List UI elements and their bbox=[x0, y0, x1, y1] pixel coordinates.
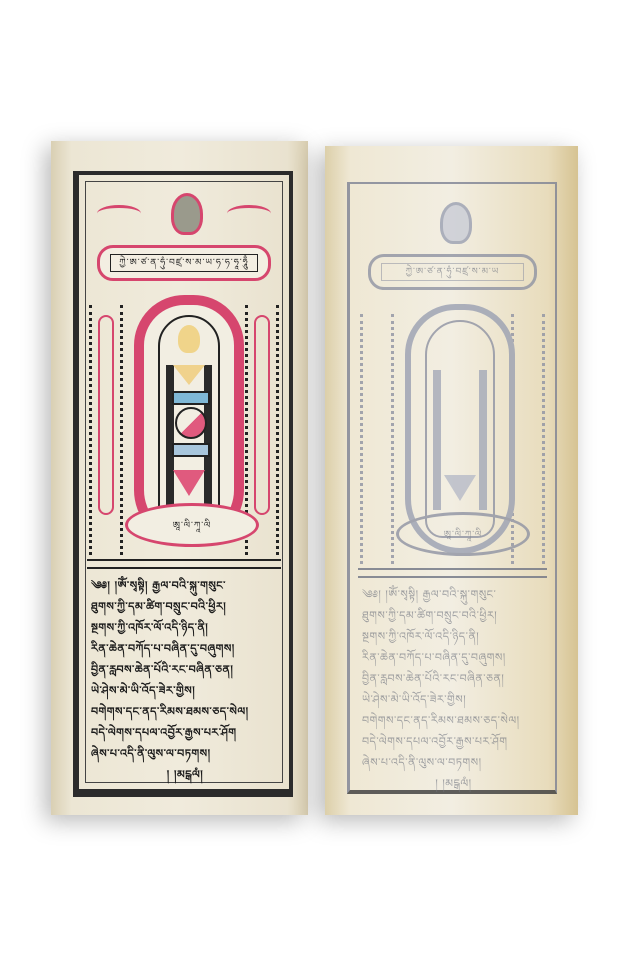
reverse-print-page: ཀྱེ་ཨ་ཙ་ན་ཧུཾ་བཛྲ་ས་མ་ཡ ཨཱ་ལི་ཀཱ་ལི ༄༅། … bbox=[325, 146, 578, 815]
text-line: ཞེས་པ་འདི་ནི་ལུས་ལ་བཏགས། bbox=[91, 743, 279, 764]
base-inscription: ཨཱ་ལི་ཀཱ་ལི bbox=[140, 516, 244, 541]
text-line: ཡེ་ཤེས་མེ་ཡི་འོད་ཟེར་གྱིས། bbox=[91, 680, 279, 701]
text-line: རིན་ཆེན་བཀོད་པ་བཞིན་དུ་བཞུགས། bbox=[362, 647, 545, 668]
faded-triangle-icon bbox=[444, 475, 476, 501]
swirl-circle-icon bbox=[175, 407, 207, 439]
left-pillar-shaft bbox=[98, 315, 114, 515]
yellow-triangle-icon bbox=[173, 365, 205, 385]
text-line: ཡེ་ཤེས་མེ་ཡི་འོད་ཟེར་གྱིས། bbox=[362, 689, 545, 710]
text-line: ༄༅། །ཨོཾ་སྭསྟི། རྒྱལ་བའི་སྐུ་གསུང་ bbox=[362, 584, 545, 605]
text-line: བགེགས་དང་ནད་རིམས་ཐམས་ཅད་སེལ། bbox=[362, 710, 545, 731]
text-line: ཞེས་པ་འདི་ནི་ལུས་ལ་བཏགས། bbox=[362, 752, 545, 773]
scripture-text-block: ༄༅། །ཨོཾ་སྭསྟི། རྒྱལ་བའི་སྐུ་གསུང་ ཐུགས་… bbox=[91, 575, 279, 785]
left-cloud-scroll-icon bbox=[97, 205, 141, 222]
text-line: བགེགས་དང་ནད་རིམས་ཐམས་ཅད་སེལ། bbox=[91, 701, 279, 722]
text-line-closing: ། །མངྒལཾ། bbox=[362, 773, 545, 794]
text-line: བྱིན་རླབས་ཆེན་པོའི་རང་བཞིན་ཅན། bbox=[91, 659, 279, 680]
section-divider bbox=[87, 559, 281, 569]
faded-lotus-base: ཨཱ་ལི་ཀཱ་ལི bbox=[396, 512, 530, 556]
print-border-frame: ཀྱེ་ཨ་ཙ་ན་ཧུཾ་བཛྲ་ས་མ་ཡ་ཧ་ཧ་ཧཱ་ཧཱུྃ ཨཱ་ལ… bbox=[73, 171, 293, 797]
text-line: ཐུགས་ཀྱི་དམ་ཚིག་བསྲུང་བའི་ཕྱིར། bbox=[362, 605, 545, 626]
jewel-finial-icon bbox=[171, 193, 203, 235]
faded-header-banner: ཀྱེ་ཨ་ཙ་ན་ཧུཾ་བཛྲ་ས་མ་ཡ bbox=[368, 254, 537, 290]
header-mantra-text: ཀྱེ་ཨ་ཙ་ན་ཧུཾ་བཛྲ་ས་མ་ཡ་ཧ་ཧ་ཧཱ་ཧཱུྃ bbox=[110, 254, 258, 272]
right-cloud-scroll-icon bbox=[227, 205, 271, 222]
text-line-closing: ། །མངྒལཾ། bbox=[91, 764, 279, 785]
text-line: བདེ་ལེགས་དཔལ་འབྱོར་རྒྱས་པར་ཤོག bbox=[362, 731, 545, 752]
faded-right-bar bbox=[479, 370, 487, 510]
text-line: ༄༅། །ཨོཾ་སྭསྟི། རྒྱལ་བའི་སྐུ་གསུང་ bbox=[91, 575, 279, 596]
text-line: སྔགས་ཀྱི་འཁོར་ལོ་འདི་ཉིད་ནི། bbox=[362, 626, 545, 647]
faded-print-border-frame: ཀྱེ་ཨ་ཙ་ན་ཧུཾ་བཛྲ་ས་མ་ཡ ཨཱ་ལི་ཀཱ་ལི ༄༅། … bbox=[347, 182, 557, 794]
blue-band-bottom bbox=[172, 443, 210, 457]
text-line: སྔགས་ཀྱི་འཁོར་ལོ་འདི་ཉིད་ནི། bbox=[91, 617, 279, 638]
lotus-base: ཨཱ་ལི་ཀཱ་ལི bbox=[125, 503, 259, 547]
faded-left-bar bbox=[433, 370, 441, 510]
right-vertical-bar bbox=[204, 365, 212, 505]
right-pillar-shaft bbox=[254, 315, 270, 515]
text-line: བྱིན་རླབས་ཆེན་པོའི་རང་བཞིན་ཅན། bbox=[362, 668, 545, 689]
faded-base-inscription: ཨཱ་ལི་ཀཱ་ལི bbox=[411, 525, 515, 550]
faded-header-text: ཀྱེ་ཨ་ཙ་ན་ཧུཾ་བཛྲ་ས་མ་ཡ bbox=[381, 263, 524, 281]
front-print-page: ཀྱེ་ཨ་ཙ་ན་ཧུཾ་བཛྲ་ས་མ་ཡ་ཧ་ཧ་ཧཱ་ཧཱུྃ ཨཱ་ལ… bbox=[51, 141, 308, 815]
faded-section-divider bbox=[358, 568, 547, 578]
left-pillar bbox=[89, 305, 123, 555]
blue-band-top bbox=[172, 391, 210, 405]
faded-scripture-text-block: ༄༅། །ཨོཾ་སྭསྟི། རྒྱལ་བའི་སྐུ་གསུང་ ཐུགས་… bbox=[362, 584, 545, 794]
flame-jewel-icon bbox=[178, 325, 200, 353]
text-line: ཐུགས་ཀྱི་དམ་ཚིག་བསྲུང་བའི་ཕྱིར། bbox=[91, 596, 279, 617]
faded-jewel-finial-icon bbox=[440, 202, 472, 244]
header-banner: ཀྱེ་ཨ་ཙ་ན་ཧུཾ་བཛྲ་ས་མ་ཡ་ཧ་ཧ་ཧཱ་ཧཱུྃ bbox=[97, 245, 271, 281]
faded-left-pillar bbox=[360, 314, 394, 564]
red-triangle-icon bbox=[173, 470, 205, 496]
text-line: རིན་ཆེན་བཀོད་པ་བཞིན་དུ་བཞུགས། bbox=[91, 638, 279, 659]
text-line: བདེ་ལེགས་དཔལ་འབྱོར་རྒྱས་པར་ཤོག bbox=[91, 722, 279, 743]
